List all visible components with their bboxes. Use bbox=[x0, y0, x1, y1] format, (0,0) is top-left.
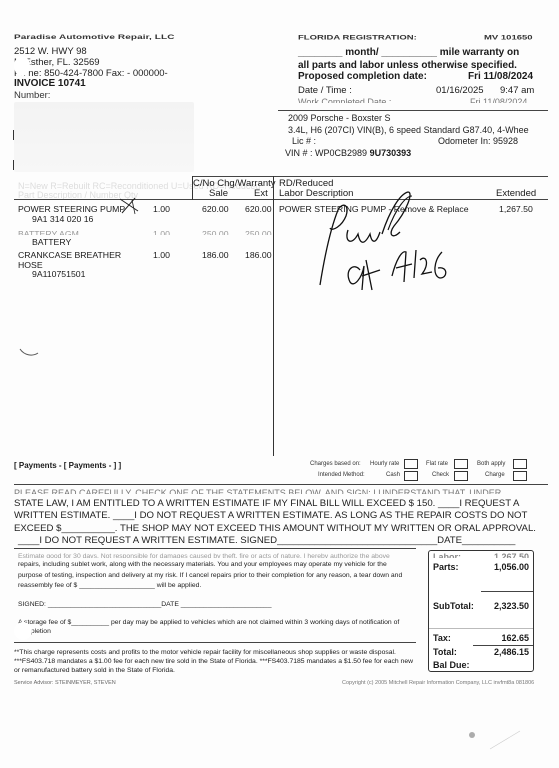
total-rule bbox=[473, 645, 533, 646]
estimate-disclaimer-line0: PLEASE READ CAREFULLY, CHECK ONE OF THE … bbox=[14, 488, 524, 494]
labor-ext-header: Extended bbox=[496, 188, 536, 199]
handwritten-signature bbox=[300, 190, 470, 300]
part-row-1-number: 9A1 314 020 16 bbox=[32, 214, 93, 224]
scan-mark bbox=[18, 345, 42, 359]
part-row-1-ext: 620.00 bbox=[245, 204, 272, 214]
storage-divider bbox=[14, 642, 416, 643]
proposed-completion-date: Fri 11/08/2024 bbox=[468, 71, 533, 82]
work-completed-label: Work Completed Date : bbox=[298, 97, 391, 103]
payments-label: [ Payments - [ Payments - ] ] bbox=[14, 461, 121, 470]
part-row-2-desc: BATTERY AGM bbox=[18, 229, 79, 235]
cash-checkbox[interactable] bbox=[404, 471, 418, 481]
invoice-time: 9:47 am bbox=[500, 85, 534, 96]
warranty-text: ________ month/ __________ mile warranty… bbox=[298, 46, 528, 72]
license-label: Lic # : bbox=[292, 136, 316, 146]
part-row-2-sale: 250.00 bbox=[202, 229, 229, 235]
redacted-customer-info bbox=[14, 102, 194, 172]
proposed-completion-label: Proposed completion date: bbox=[298, 71, 427, 82]
totals-box: Labor: 1,267.50 Parts: 1,056.00 SubTotal… bbox=[428, 550, 534, 672]
total-value: 2,486.15 bbox=[494, 647, 529, 657]
parts-labor-divider bbox=[273, 176, 274, 456]
subtotal-row: SubTotal: 2,323.50 bbox=[433, 601, 529, 611]
subtotal-rule bbox=[481, 591, 533, 592]
part-row-1-qty: 1.00 bbox=[153, 204, 170, 214]
option-hourly-rate: Hourly rate bbox=[370, 461, 399, 467]
labor-total-label: Labor: bbox=[433, 552, 461, 558]
invoice-title: INVOICE 10741 bbox=[14, 78, 86, 89]
estimate-disclaimer: STATE LAW, I AM ENTITLED TO A WRITTEN ES… bbox=[14, 498, 524, 547]
part-row-3-desc: CRANKCASE BREATHER HOSE bbox=[18, 250, 128, 270]
x-mark-annotation bbox=[118, 196, 140, 216]
odometer-in: Odometer In: 95928 bbox=[438, 136, 518, 146]
vehicle-title: 2009 Porsche - Boxster S bbox=[288, 113, 391, 123]
hourly-rate-checkbox[interactable] bbox=[404, 459, 418, 469]
charges-based-on-label: Charges based on: bbox=[310, 461, 361, 467]
option-check: Check bbox=[432, 472, 449, 478]
vin-label: VIN # : bbox=[285, 148, 313, 158]
signed-date-line: SIGNED: ______________________________DA… bbox=[18, 601, 271, 608]
estimate-line1: STATE LAW, I AM ENTITLED TO A WRITTEN ES… bbox=[14, 498, 524, 510]
estimate-line3: EXCEED $__________. THE SHOP MAY NOT EXC… bbox=[14, 523, 524, 535]
copyright-notice: Copyright (c) 2005 Mitchell Repair Infor… bbox=[342, 680, 534, 686]
margin-mark bbox=[13, 130, 14, 140]
estimate-line4: ____I DO NOT REQUEST A WRITTEN ESTIMATE.… bbox=[14, 535, 524, 547]
service-advisor: Service Advisor: STEINMEYER, STEVEN bbox=[14, 680, 116, 686]
part-row-3-sale: 186.00 bbox=[202, 250, 229, 260]
tax-label: Tax: bbox=[433, 633, 451, 643]
fees-disclaimer: **This charge represents costs and profi… bbox=[14, 648, 414, 675]
parts-total-row: Parts: 1,056.00 bbox=[433, 562, 529, 572]
part-row-3-qty: 1.00 bbox=[153, 250, 170, 260]
col-divider bbox=[192, 176, 193, 200]
parts-total-label: Parts: bbox=[433, 562, 459, 572]
shop-address: 2512 W. HWY 98 bbox=[14, 46, 87, 57]
datetime-label: Date / Time : bbox=[298, 85, 352, 96]
disclaimer-divider bbox=[14, 548, 416, 549]
table-top-line bbox=[193, 176, 548, 177]
paper-hole-punch bbox=[14, 622, 32, 640]
estimate-line2: WRITTEN ESTIMATE. ____I DO NOT REQUEST A… bbox=[14, 510, 524, 522]
total-label: Total: bbox=[433, 647, 457, 657]
tax-value: 162.65 bbox=[501, 633, 529, 643]
work-completed-date: Fri 11/08/2024 bbox=[470, 97, 527, 103]
registration-number: MV 101650 bbox=[484, 34, 533, 42]
header-divider bbox=[278, 110, 548, 111]
vin-suffix: 9U730393 bbox=[370, 148, 412, 158]
paper-hole-punch bbox=[14, 56, 30, 76]
shop-name: Paradise Automotive Repair, LLC bbox=[14, 34, 175, 41]
tax-separator bbox=[429, 628, 533, 629]
part-row-1-desc: POWER STEERING PUMP bbox=[18, 204, 125, 214]
vehicle-engine: 3.4L, H6 (207CI) VIN(B), 6 speed Standar… bbox=[288, 125, 558, 135]
both-apply-checkbox[interactable] bbox=[513, 459, 527, 469]
part-row-1-sale: 620.00 bbox=[202, 204, 229, 214]
balance-due-row: Bal Due: bbox=[433, 660, 529, 670]
check-checkbox[interactable] bbox=[454, 471, 468, 481]
authorization-text: repairs, including sublet work, along wi… bbox=[18, 560, 413, 592]
option-flat-rate: Flat rate bbox=[426, 461, 448, 467]
invoice-date: 01/16/2025 bbox=[436, 85, 484, 96]
total-row: Total: 2,486.15 bbox=[433, 647, 529, 657]
part-row-2-ext: 250.00 bbox=[245, 229, 272, 235]
invoice-number-label: Number: bbox=[14, 90, 50, 101]
vin: VIN # : WP0CB2989 9U730393 bbox=[285, 148, 411, 158]
labor-row-1-extended: 1,267.50 bbox=[499, 204, 533, 214]
storage-fee-text: A storage fee of $__________ per day may… bbox=[18, 618, 413, 636]
option-cash: Cash bbox=[386, 472, 400, 478]
part-row-3-number: 9A110751501 bbox=[32, 269, 85, 279]
vin-prefix: WP0CB2989 bbox=[315, 148, 367, 158]
part-row-3-ext: 186.00 bbox=[245, 250, 272, 260]
sale-col-header: Sale bbox=[209, 188, 228, 199]
option-charge: Charge bbox=[485, 472, 505, 478]
labor-total-row: Labor: 1,267.50 bbox=[433, 552, 529, 558]
scan-smudge bbox=[460, 715, 540, 755]
ext-col-header: Ext bbox=[254, 188, 268, 199]
labor-total-value: 1,267.50 bbox=[494, 552, 529, 558]
option-both-apply: Both apply bbox=[477, 461, 505, 467]
charge-checkbox[interactable] bbox=[513, 471, 527, 481]
margin-mark bbox=[13, 160, 14, 170]
flat-rate-checkbox[interactable] bbox=[454, 459, 468, 469]
tax-row: Tax: 162.65 bbox=[433, 633, 529, 643]
subtotal-value: 2,323.50 bbox=[494, 601, 529, 611]
payments-divider bbox=[14, 484, 548, 485]
balance-due-label: Bal Due: bbox=[433, 660, 470, 670]
authorization-line0: Estimate good for 30 days. Not responsib… bbox=[18, 553, 413, 558]
registration-label: FLORIDA REGISTRATION: bbox=[298, 34, 417, 42]
subtotal-label: SubTotal: bbox=[433, 601, 474, 611]
part-row-2-qty: 1.00 bbox=[153, 229, 170, 235]
part-row-2-number: BATTERY bbox=[32, 237, 71, 247]
parts-total-value: 1,056.00 bbox=[494, 562, 529, 572]
intended-method-label: Intended Method: bbox=[318, 472, 365, 478]
